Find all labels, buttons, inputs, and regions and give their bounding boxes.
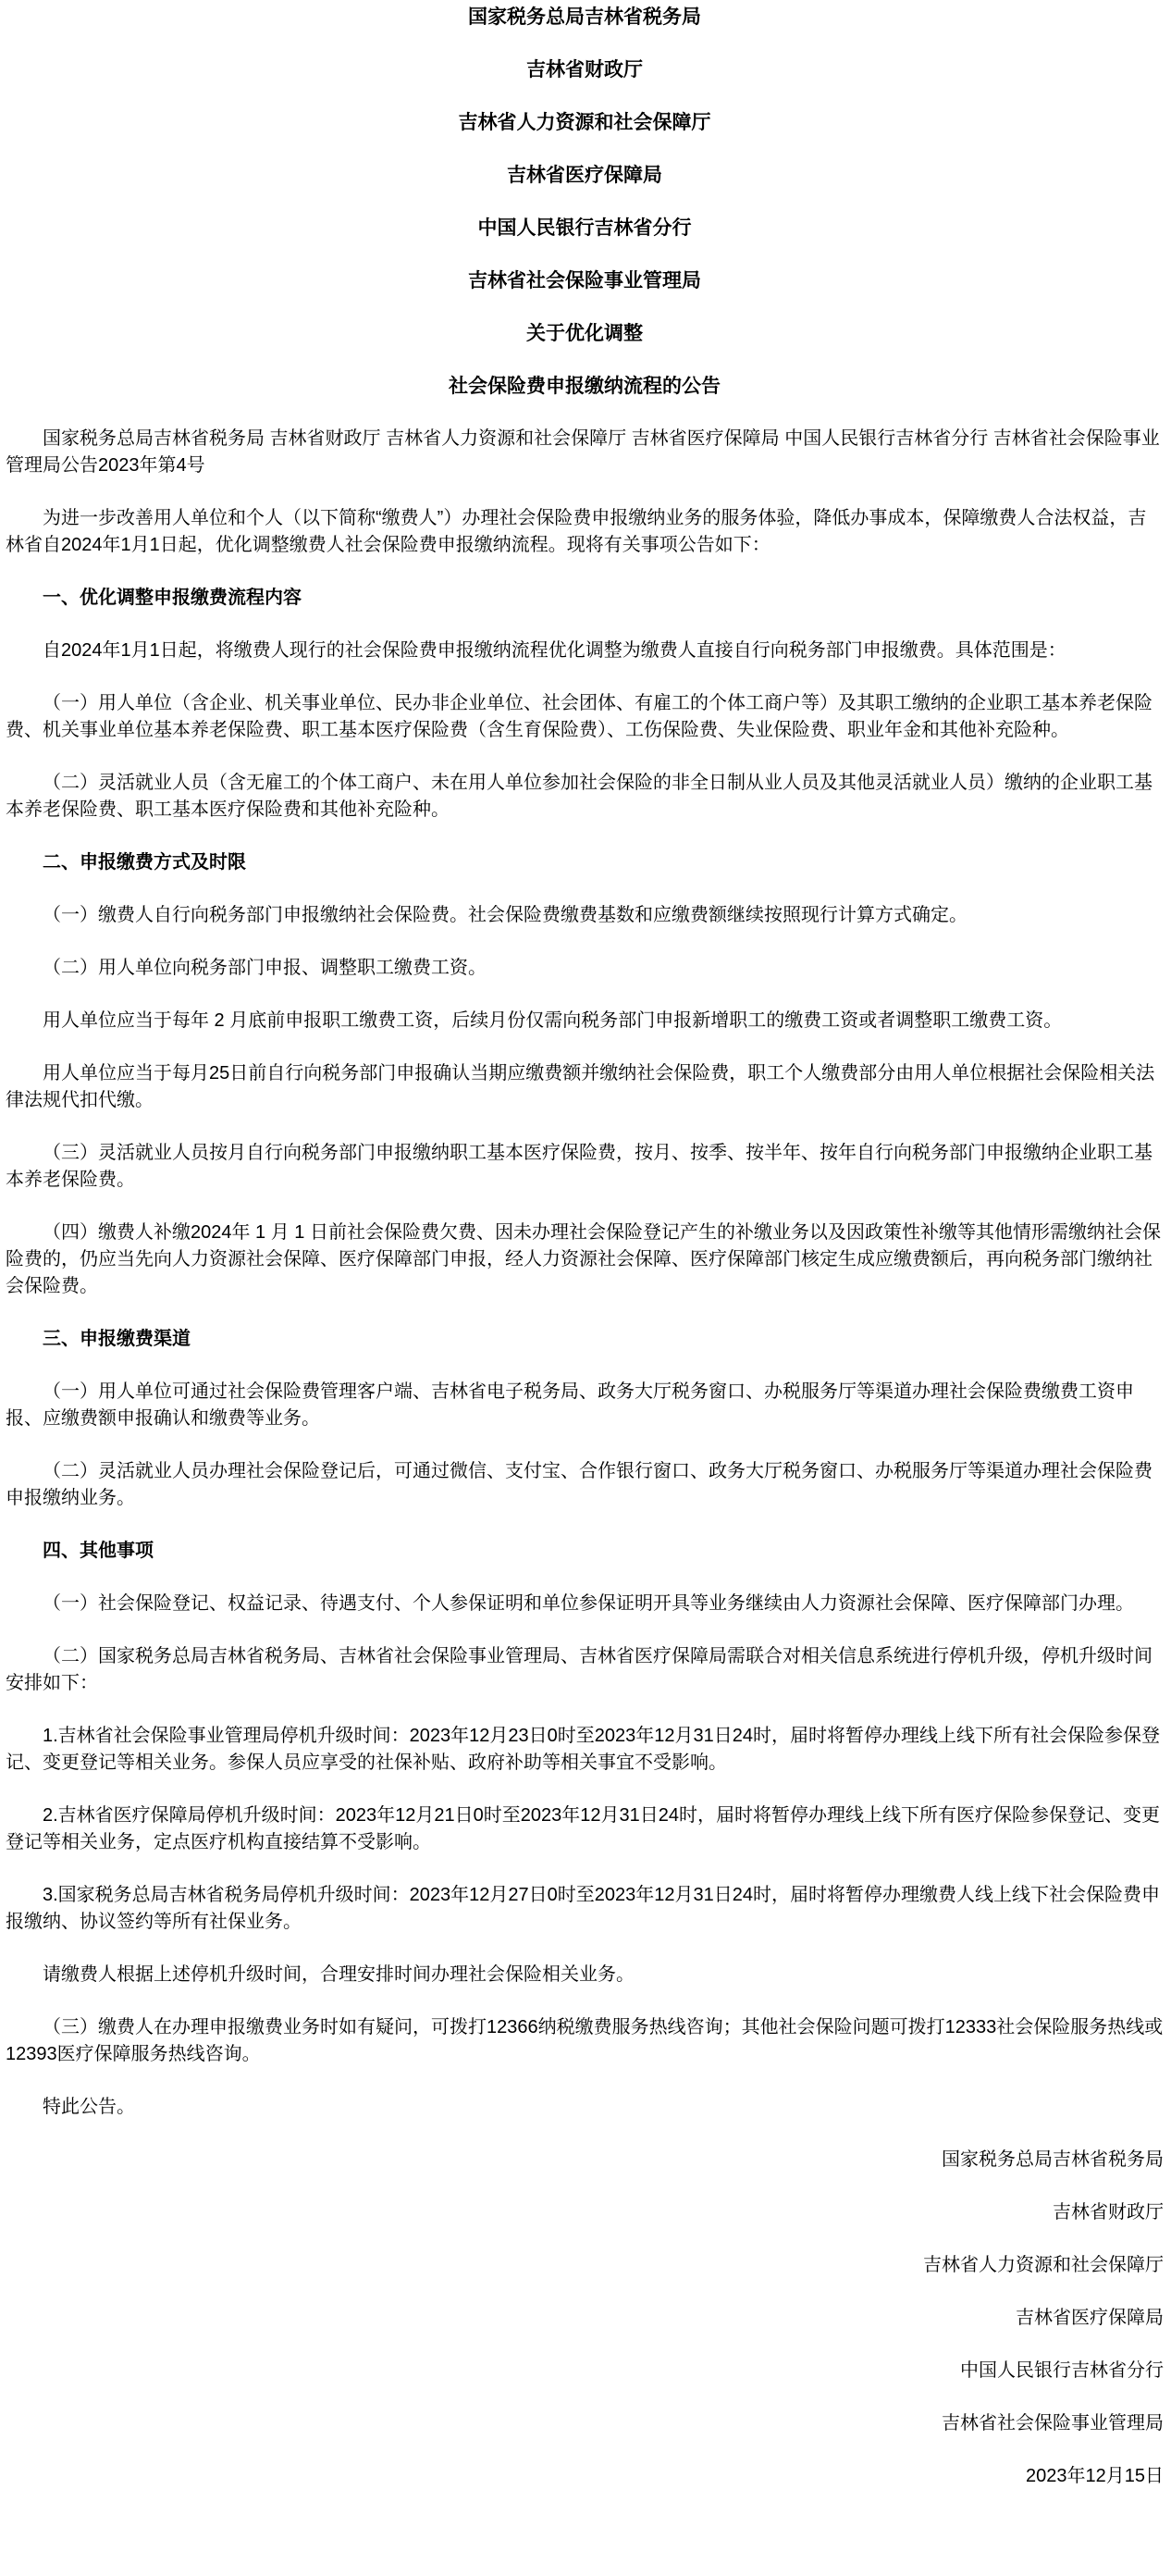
paragraph: 2.吉林省医疗保障局停机升级时间：2023年12月21日0时至2023年12月3… <box>6 1802 1164 1856</box>
paragraph: （二）灵活就业人员（含无雇工的个体工商户、未在用人单位参加社会保险的非全日制从业… <box>6 770 1164 824</box>
paragraph: （二）灵活就业人员办理社会保险登记后，可通过微信、支付宝、合作银行窗口、政务大厅… <box>6 1458 1164 1512</box>
paragraph: （二）用人单位向税务部门申报、调整职工缴费工资。 <box>6 955 1164 982</box>
paragraph: （四）缴费人补缴2024年 1 月 1 日前社会保险费欠费、因未办理社会保险登记… <box>6 1220 1164 1300</box>
section-heading: 四、其他事项 <box>6 1538 1164 1565</box>
signature-line: 吉林省医疗保障局 <box>6 2305 1164 2332</box>
document-title-line: 吉林省人力资源和社会保障厅 <box>6 109 1164 136</box>
paragraph: 国家税务总局吉林省税务局 吉林省财政厅 吉林省人力资源和社会保障厅 吉林省医疗保… <box>6 426 1164 479</box>
paragraph: 用人单位应当于每年 2 月底前申报职工缴费工资，后续月份仅需向税务部门申报新增职… <box>6 1008 1164 1034</box>
body-block: 国家税务总局吉林省税务局 吉林省财政厅 吉林省人力资源和社会保障厅 吉林省医疗保… <box>6 426 1164 2121</box>
document-title-line: 吉林省财政厅 <box>6 56 1164 83</box>
section-heading: 三、申报缴费渠道 <box>6 1326 1164 1353</box>
document-title-line: 关于优化调整 <box>6 320 1164 347</box>
paragraph: 为进一步改善用人单位和个人（以下简称“缴费人”）办理社会保险费申报缴纳业务的服务… <box>6 505 1164 559</box>
paragraph: （二）国家税务总局吉林省税务局、吉林省社会保险事业管理局、吉林省医疗保障局需联合… <box>6 1643 1164 1697</box>
announcement-page: { "page": { "background": "#ffffff", "te… <box>0 0 1171 2576</box>
paragraph: 用人单位应当于每月25日前自行向税务部门申报确认当期应缴费额并缴纳社会保险费，职… <box>6 1060 1164 1114</box>
paragraph: （一）用人单位（含企业、机关事业单位、民办非企业单位、社会团体、有雇工的个体工商… <box>6 690 1164 744</box>
paragraph: 请缴费人根据上述停机升级时间，合理安排时间办理社会保险相关业务。 <box>6 1962 1164 1988</box>
document-title-line: 国家税务总局吉林省税务局 <box>6 4 1164 31</box>
paragraph: （一）用人单位可通过社会保险费管理客户端、吉林省电子税务局、政务大厅税务窗口、办… <box>6 1379 1164 1432</box>
section-heading: 二、申报缴费方式及时限 <box>6 849 1164 876</box>
paragraph: 自2024年1月1日起，将缴费人现行的社会保险费申报缴纳流程优化调整为缴费人直接… <box>6 638 1164 664</box>
paragraph: 特此公告。 <box>6 2094 1164 2121</box>
title-block: 国家税务总局吉林省税务局吉林省财政厅吉林省人力资源和社会保障厅吉林省医疗保障局中… <box>6 4 1164 400</box>
signature-line: 吉林省人力资源和社会保障厅 <box>6 2252 1164 2279</box>
document-title-line: 吉林省医疗保障局 <box>6 162 1164 189</box>
announcement-document: 国家税务总局吉林省税务局吉林省财政厅吉林省人力资源和社会保障厅吉林省医疗保障局中… <box>6 4 1164 2490</box>
signature-line: 吉林省社会保险事业管理局 <box>6 2410 1164 2437</box>
signature-line: 吉林省财政厅 <box>6 2199 1164 2226</box>
paragraph: （一）社会保险登记、权益记录、待遇支付、个人参保证明和单位参保证明开具等业务继续… <box>6 1591 1164 1617</box>
signature-line: 国家税务总局吉林省税务局 <box>6 2147 1164 2173</box>
signature-line: 中国人民银行吉林省分行 <box>6 2358 1164 2384</box>
document-title-line: 吉林省社会保险事业管理局 <box>6 267 1164 294</box>
section-heading: 一、优化调整申报缴费流程内容 <box>6 585 1164 612</box>
paragraph: （一）缴费人自行向税务部门申报缴纳社会保险费。社会保险费缴费基数和应缴费额继续按… <box>6 902 1164 929</box>
paragraph: （三）缴费人在办理申报缴费业务时如有疑问，可拨打12366纳税缴费服务热线咨询；… <box>6 2014 1164 2068</box>
document-title-line: 中国人民银行吉林省分行 <box>6 215 1164 241</box>
paragraph: 1.吉林省社会保险事业管理局停机升级时间：2023年12月23日0时至2023年… <box>6 1723 1164 1777</box>
paragraph: 3.国家税务总局吉林省税务局停机升级时间：2023年12月27日0时至2023年… <box>6 1882 1164 1936</box>
date-line: 2023年12月15日 <box>6 2463 1164 2490</box>
document-title-line: 社会保险费申报缴纳流程的公告 <box>6 373 1164 400</box>
paragraph: （三）灵活就业人员按月自行向税务部门申报缴纳职工基本医疗保险费，按月、按季、按半… <box>6 1140 1164 1194</box>
signature-block: 国家税务总局吉林省税务局吉林省财政厅吉林省人力资源和社会保障厅吉林省医疗保障局中… <box>6 2147 1164 2490</box>
